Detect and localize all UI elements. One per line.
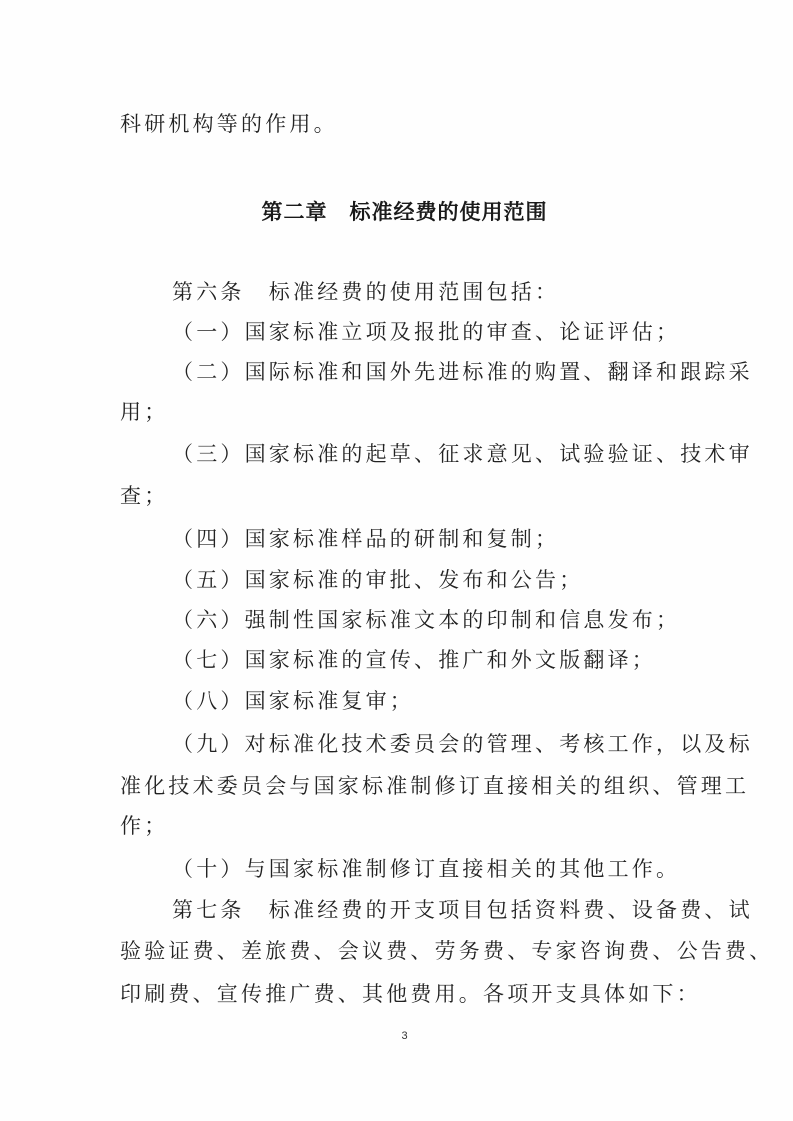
article-6-item-3: （三）国家标准的起草、征求意见、试验验证、技术审 (172, 440, 753, 468)
article-6-heading: 第六条 标准经费的使用范围包括： (172, 278, 559, 306)
article-7-line-2: 验验证费、差旅费、会议费、劳务费、专家咨询费、公告费、 (120, 937, 773, 965)
article-6-item-9-cont: 准化技术委员会与国家标准制修订直接相关的组织、管理工 (120, 772, 749, 800)
article-7-line-1: 第七条 标准经费的开支项目包括资料费、设备费、试 (172, 896, 753, 924)
article-6-item-3-cont: 查； (120, 482, 168, 510)
article-6-item-8: （八）国家标准复审； (172, 687, 414, 715)
document-page: 科研机构等的作用。 第二章 标准经费的使用范围 第六条 标准经费的使用范围包括：… (0, 0, 793, 1121)
article-7-line-3: 印刷费、宣传推广费、其他费用。各项开支具体如下： (120, 980, 701, 1008)
article-6-item-5: （五）国家标准的审批、发布和公告； (172, 566, 583, 594)
chapter-title: 第二章 标准经费的使用范围 (0, 196, 793, 226)
article-6-item-9: （九）对标准化技术委员会的管理、考核工作，以及标 (172, 730, 753, 758)
page-number: 3 (0, 1030, 793, 1042)
article-6-item-2-cont: 用； (120, 398, 168, 426)
article-6-item-7: （七）国家标准的宣传、推广和外文版翻译； (172, 646, 656, 674)
article-6-item-6: （六）强制性国家标准文本的印制和信息发布； (172, 606, 680, 634)
article-6-item-9-cont2: 作； (120, 812, 168, 840)
article-6-item-2: （二）国际标准和国外先进标准的购置、翻译和跟踪采 (172, 358, 753, 386)
article-6-item-10: （十）与国家标准制修订直接相关的其他工作。 (172, 855, 680, 883)
article-6-item-4: （四）国家标准样品的研制和复制； (172, 525, 559, 553)
continuation-text: 科研机构等的作用。 (120, 110, 338, 138)
article-6-item-1: （一）国家标准立项及报批的审查、论证评估； (172, 318, 680, 346)
